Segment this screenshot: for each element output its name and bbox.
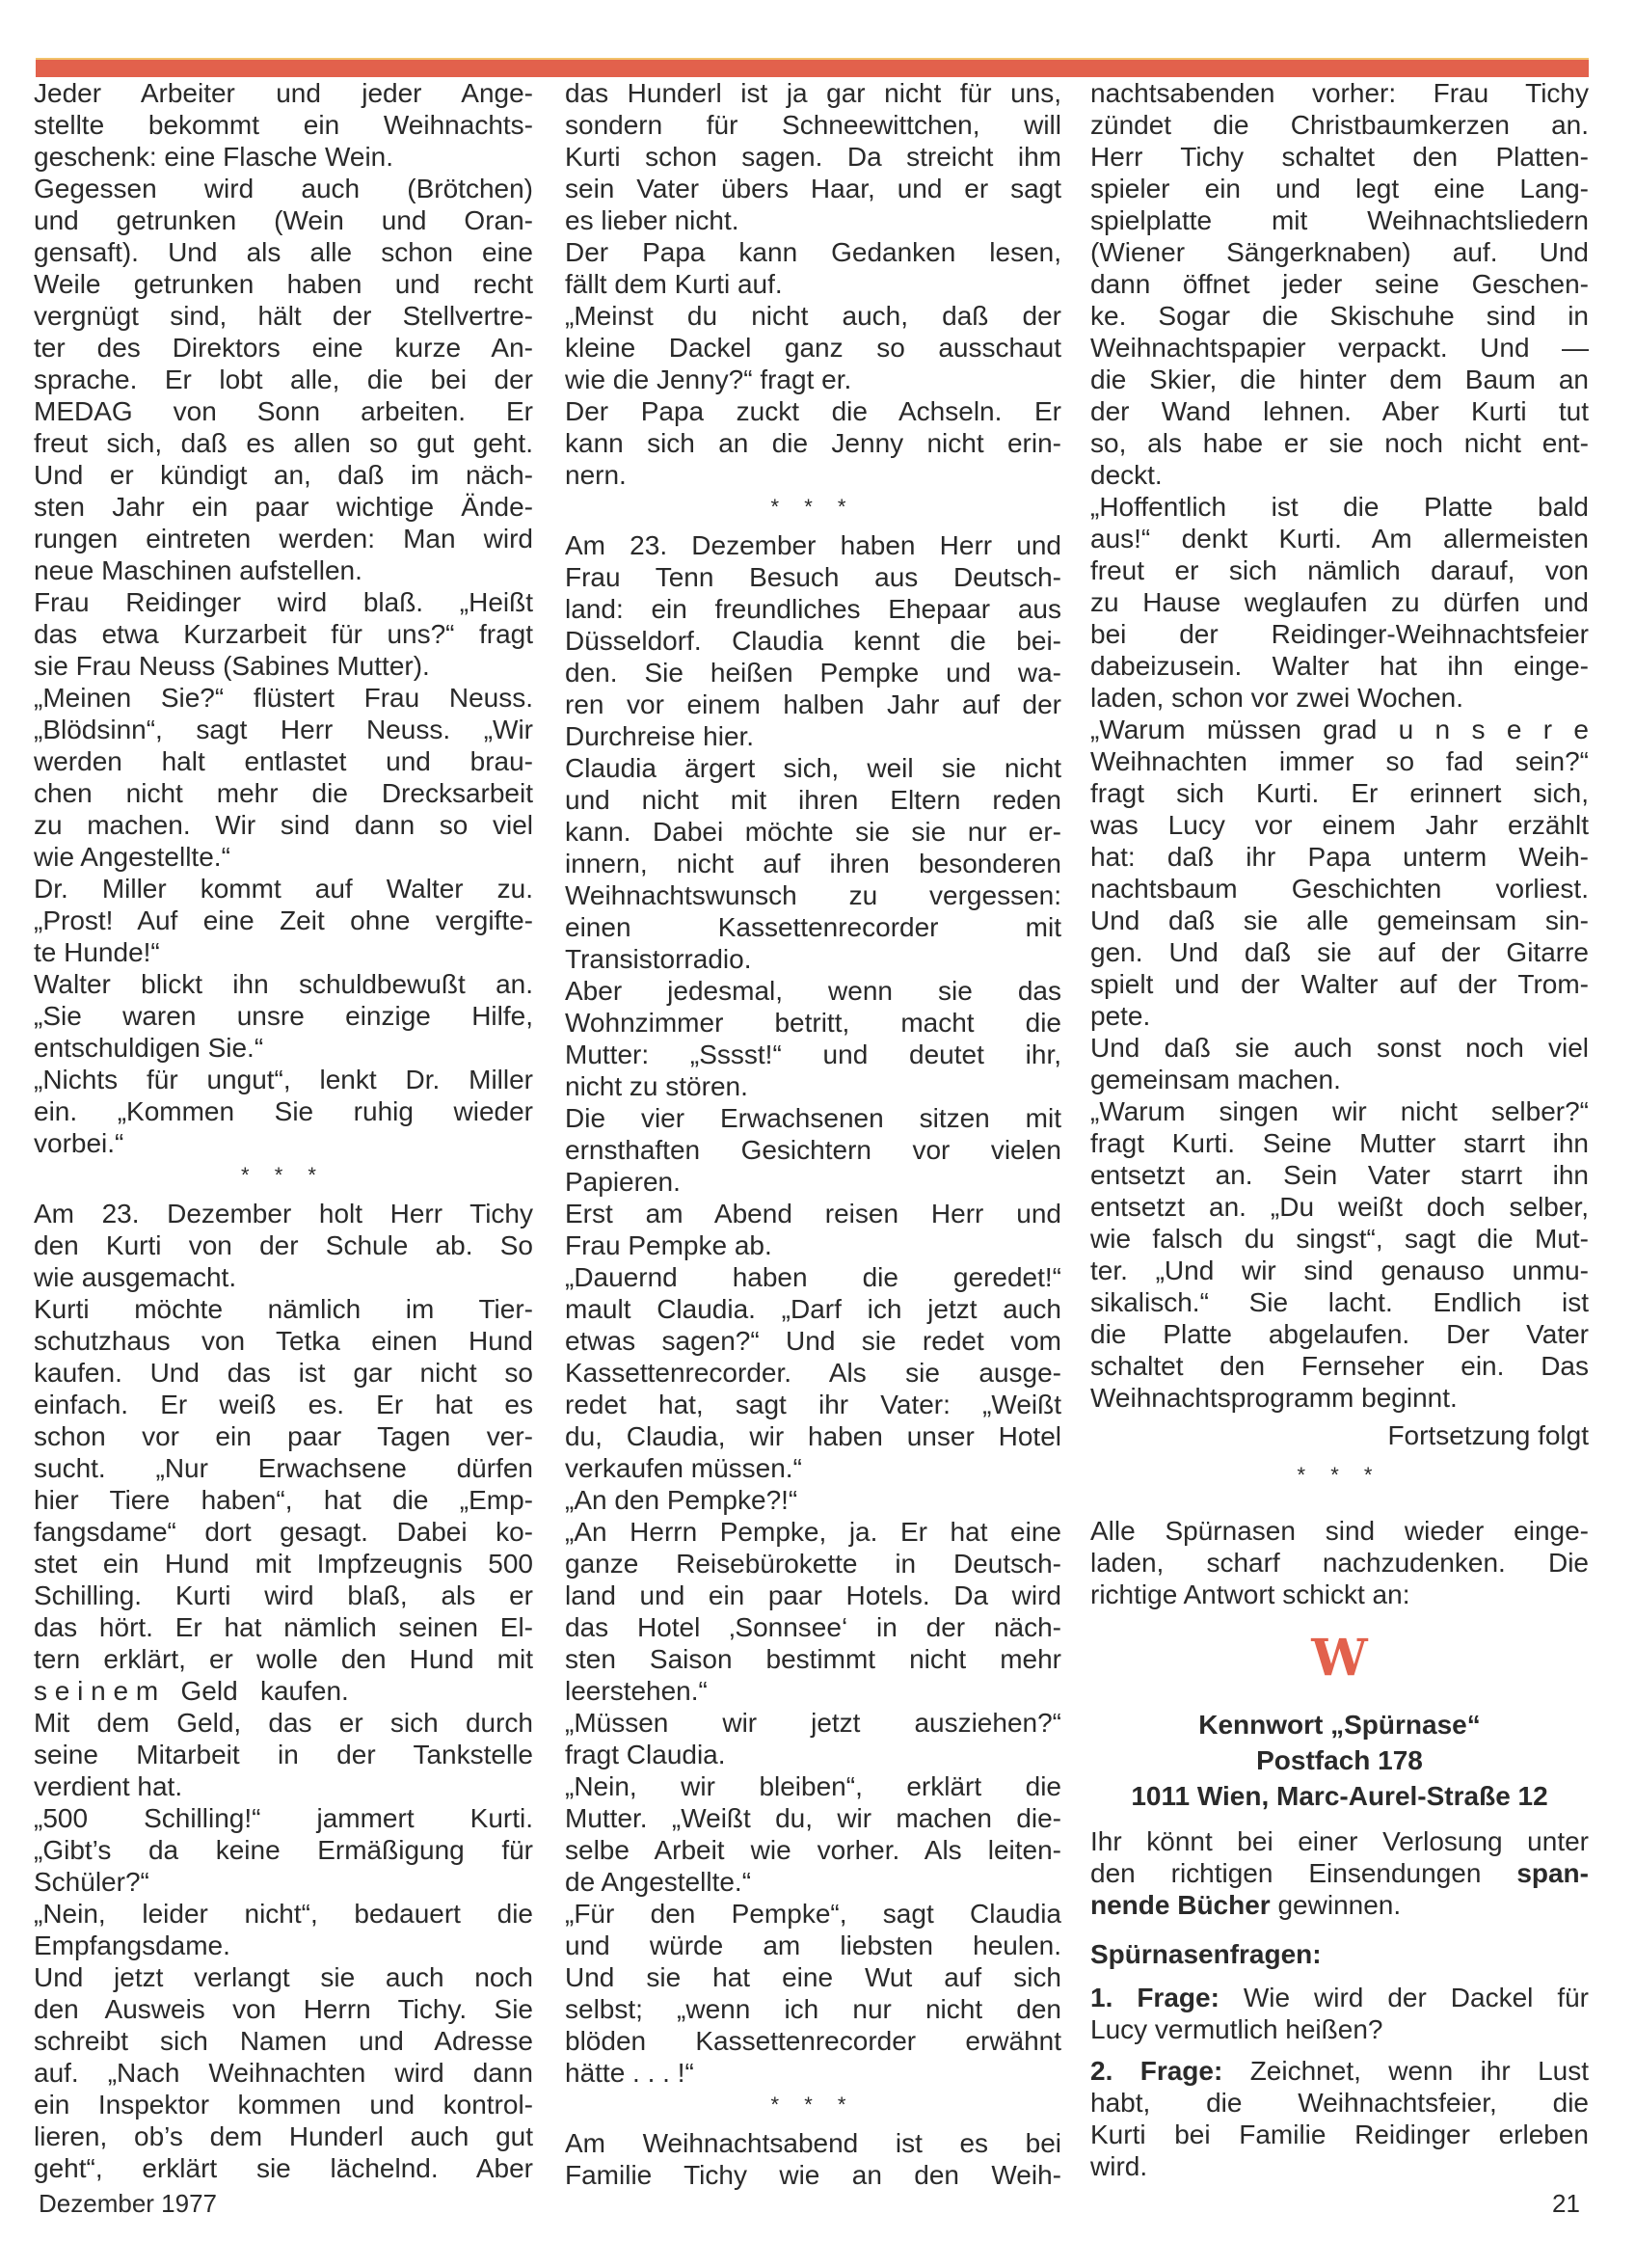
text-line: ren vor einem halben Jahr auf der — [565, 688, 1061, 720]
text-line: sucht. „Nur Erwachsene dürfen — [34, 1452, 533, 1484]
address-postbox: Postfach 178 — [1090, 1742, 1589, 1778]
text-line: hat: daß ihr Papa unterm Weih- — [1090, 841, 1589, 873]
text-line: Weihnachtsprogramm beginnt. — [1090, 1382, 1589, 1414]
text-line: Der Papa zuckt die Achseln. Er — [565, 395, 1061, 427]
text-line: spieler ein und legt eine Lang- — [1090, 173, 1589, 204]
text-line: Kurti schon sagen. Da streicht ihm — [565, 141, 1061, 173]
text-line: stet ein Hund mit Impfzeugnis 500 — [34, 1548, 533, 1579]
text-line: geht“, erklärt sie lächelnd. Aber — [34, 2152, 533, 2184]
text-line: spielt und der Walter auf der Trom- — [1090, 968, 1589, 1000]
text-line: neue Maschinen aufstellen. — [34, 554, 533, 586]
text-line: schaltet den Fernseher ein. Das — [1090, 1350, 1589, 1382]
text-line: s e i n e m Geld kaufen. — [34, 1675, 533, 1707]
text-line: verkaufen müssen.“ — [565, 1452, 1061, 1484]
text-line: mault Claudia. „Darf ich jetzt auch — [565, 1293, 1061, 1325]
text-line: Erst am Abend reisen Herr und — [565, 1198, 1061, 1229]
text-line: Familie Tichy wie an den Weih- — [565, 2159, 1061, 2191]
text-line: schon vor ein paar Tagen ver- — [34, 1420, 533, 1452]
text-line: nern. — [565, 459, 1061, 491]
text-line: das Hotel ‚Sonnsee‘ in der näch- — [565, 1611, 1061, 1643]
text-line: vergnügt sind, hält der Stellvertre- — [34, 300, 533, 332]
text-line: Weihnachten immer so fad sein?“ — [1090, 745, 1589, 777]
text-line: Schüler?“ — [34, 1866, 533, 1898]
text-line: einfach. Er weiß es. Er hat es — [34, 1389, 533, 1420]
text-line: nachtsabenden vorher: Frau Tichy — [1090, 77, 1589, 109]
question-text: Zeichnet, wenn ihr Lust — [1250, 2056, 1589, 2086]
text-line: „An Herrn Pempke, ja. Er hat eine — [565, 1516, 1061, 1548]
text-line: schreibt sich Namen und Adresse — [34, 2025, 533, 2057]
text-line: „Nichts für ungut“, lenkt Dr. Miller — [34, 1064, 533, 1095]
question-2-line: 2. Frage: Zeichnet, wenn ihr Lust — [1090, 2055, 1589, 2087]
text-line: deckt. — [1090, 459, 1589, 491]
text-line: de Angestellte.“ — [565, 1866, 1061, 1898]
text-line: seine Mitarbeit in der Tankstelle — [34, 1739, 533, 1770]
address-street: 1011 Wien, Marc-Aurel-Straße 12 — [1090, 1778, 1589, 1814]
text-line: so, als habe er sie noch nicht ent- — [1090, 427, 1589, 459]
text-line: Und jetzt verlangt sie auch noch — [34, 1961, 533, 1993]
contest-intro-line: laden, scharf nachzudenken. Die — [1090, 1547, 1589, 1579]
text-line: ter des Direktors eine kurze An- — [34, 332, 533, 364]
text-line: wie falsch du singst“, sagt die Mut- — [1090, 1223, 1589, 1255]
prize-line: nende Bücher gewinnen. — [1090, 1889, 1589, 1921]
text-line: wie Angestellte.“ — [34, 841, 533, 873]
text-line: zu Hause weglaufen zu dürfen und — [1090, 586, 1589, 618]
text-line: „Warum müssen grad u n s e r e — [1090, 714, 1589, 745]
text-line: sie Frau Neuss (Sabines Mutter). — [34, 650, 533, 682]
text-line: lieren, ob’s dem Hunderl auch gut — [34, 2120, 533, 2152]
text-line: Und er kündigt an, daß im näch- — [34, 459, 533, 491]
text-line: chen nicht mehr die Drecksarbeit — [34, 777, 533, 809]
text-line: Aber jedesmal, wenn sie das — [565, 975, 1061, 1007]
text-line: hier Tiere haben“, hat die „Emp- — [34, 1484, 533, 1516]
text-line: ein Inspektor kommen und kontrol- — [34, 2089, 533, 2120]
text-line: Schilling. Kurti wird blaß, als er — [34, 1579, 533, 1611]
text-line: Weile getrunken haben und recht — [34, 268, 533, 300]
text-line: Frau Pempke ab. — [565, 1229, 1061, 1261]
continued-note: Fortsetzung folgt — [1090, 1419, 1589, 1451]
question-2-line: wird. — [1090, 2150, 1589, 2182]
text-line: nachtsbaum Geschichten vorliest. — [1090, 873, 1589, 904]
text-line: freut sich, daß es allen so gut geht. — [34, 427, 533, 459]
text-line: zu machen. Wir sind dann so viel — [34, 809, 533, 841]
text-line: gemeinsam machen. — [1090, 1064, 1589, 1095]
text-line: was Lucy vor einem Jahr erzählt — [1090, 809, 1589, 841]
text-line: „Müssen wir jetzt ausziehen?“ — [565, 1707, 1061, 1739]
text-line: „Nein, leider nicht“, bedauert die — [34, 1898, 533, 1930]
text-line: ganze Reisebürokette in Deutsch- — [565, 1548, 1061, 1579]
question-2-line: habt, die Weihnachtsfeier, die — [1090, 2087, 1589, 2119]
page-number: 21 — [1552, 2189, 1580, 2218]
text-line: stellte bekommt ein Weihnachts- — [34, 109, 533, 141]
text-line: Die vier Erwachsenen sitzen mit — [565, 1102, 1061, 1134]
text-line: verdient hat. — [34, 1770, 533, 1802]
text-line: leerstehen.“ — [565, 1675, 1061, 1707]
spacer — [1090, 1498, 1589, 1515]
prize-line: Ihr könnt bei einer Verlosung unter — [1090, 1825, 1589, 1857]
prize-text-bold: nende Bücher — [1090, 1890, 1271, 1920]
text-line: sten Jahr ein paar wichtige Ände- — [34, 491, 533, 523]
text-line: wie die Jenny?“ fragt er. — [565, 364, 1061, 395]
question-1-line: 1. Frage: Wie wird der Dackel für — [1090, 1982, 1589, 2013]
text-line: Durchreise hier. — [565, 720, 1061, 752]
text-line: Frau Reidinger wird blaß. „Heißt — [34, 586, 533, 618]
text-line: fragt Kurti. Seine Mutter starrt ihn — [1090, 1127, 1589, 1159]
text-line: Mit dem Geld, das er sich durch — [34, 1707, 533, 1739]
text-line: Papieren. — [565, 1166, 1061, 1198]
text-line: etwas sagen?“ Und sie redet vom — [565, 1325, 1061, 1357]
text-line: Walter blickt ihn schuldbewußt an. — [34, 968, 533, 1000]
text-line: das etwa Kurzarbeit für uns?“ fragt — [34, 618, 533, 650]
prize-text-bold: span- — [1516, 1858, 1589, 1888]
text-line: freut er sich nämlich darauf, von — [1090, 554, 1589, 586]
text-line: wie ausgemacht. — [34, 1261, 533, 1293]
text-line: und getrunken (Wein und Oran- — [34, 204, 533, 236]
prize-text: den richtigen Einsendungen — [1090, 1858, 1481, 1888]
text-line: sprache. Er lobt alle, die bei der — [34, 364, 533, 395]
text-line: „An den Pempke?!“ — [565, 1484, 1061, 1516]
text-line: ernsthaften Gesichtern vor vielen — [565, 1134, 1061, 1166]
text-line: Gegessen wird auch (Brötchen) — [34, 173, 533, 204]
text-line: dabeizusein. Walter hat ihn einge- — [1090, 650, 1589, 682]
text-line: geschenk: eine Flasche Wein. — [34, 141, 533, 173]
question-1-line: Lucy vermutlich heißen? — [1090, 2013, 1589, 2045]
text-line: ke. Sogar die Skischuhe sind in — [1090, 300, 1589, 332]
text-line: Und daß sie auch sonst noch viel — [1090, 1032, 1589, 1064]
text-line: pete. — [1090, 1000, 1589, 1032]
text-line: Transistorradio. — [565, 943, 1061, 975]
question-2-line: Kurti bei Familie Reidinger erleben — [1090, 2119, 1589, 2150]
text-line: und würde am liebsten heulen. — [565, 1930, 1061, 1961]
text-line: Und daß sie alle gemeinsam sin- — [1090, 904, 1589, 936]
text-line: fragt sich Kurti. Er erinnert sich, — [1090, 777, 1589, 809]
text-line: Am 23. Dezember holt Herr Tichy — [34, 1198, 533, 1229]
text-line: kann. Dabei möchte sie sie nur er- — [565, 816, 1061, 848]
text-line: Mutter. „Weißt du, wir machen die- — [565, 1802, 1061, 1834]
text-line: Düsseldorf. Claudia kennt die bei- — [565, 625, 1061, 657]
text-line: sikalisch.“ Sie lacht. Endlich ist — [1090, 1286, 1589, 1318]
spacer — [1090, 1970, 1589, 1982]
text-line: „Dauernd haben die geredet!“ — [565, 1261, 1061, 1293]
text-line: Am 23. Dezember haben Herr und — [565, 529, 1061, 561]
text-line: werden halt entlastet und brau- — [34, 745, 533, 777]
text-line: „Für den Pempke“, sagt Claudia — [565, 1898, 1061, 1930]
spacer — [1090, 2045, 1589, 2055]
text-line: vorbei.“ — [34, 1127, 533, 1159]
text-line: gen. Und daß sie auf der Gitarre — [1090, 936, 1589, 968]
text-line: „Sie waren unsre einzige Hilfe, — [34, 1000, 533, 1032]
text-line: ter. „Und wir sind genauso unmu- — [1090, 1255, 1589, 1286]
text-line: ein. „Kommen Sie ruhig wieder — [34, 1095, 533, 1127]
section-divider-stars: * * * — [34, 1159, 533, 1198]
text-line: Am Weihnachtsabend ist es bei — [565, 2127, 1061, 2159]
text-line: gensaft). Und als alle schon eine — [34, 236, 533, 268]
article-column-1: Jeder Arbeiter und jeder Ange- stellte b… — [34, 77, 533, 2184]
text-line: schutzhaus von Tetka einen Hund — [34, 1325, 533, 1357]
prize-line: den richtigen Einsendungen span- — [1090, 1857, 1589, 1889]
text-line: Dr. Miller kommt auf Walter zu. — [34, 873, 533, 904]
text-line: den Ausweis von Herrn Tichy. Sie — [34, 1993, 533, 2025]
text-line: es lieber nicht. — [565, 204, 1061, 236]
text-line: auf. „Nach Weihnachten wird dann — [34, 2057, 533, 2089]
text-line: Jeder Arbeiter und jeder Ange- — [34, 77, 533, 109]
spacer — [1090, 1921, 1589, 1938]
text-line: hätte . . . !“ — [565, 2057, 1061, 2089]
text-line: entschuldigen Sie.“ — [34, 1032, 533, 1064]
text-line: nicht zu stören. — [565, 1070, 1061, 1102]
questions-heading: Spürnasenfragen: — [1090, 1938, 1589, 1970]
text-line: „Gibt’s da keine Ermäßigung für — [34, 1834, 533, 1866]
text-line: blöden Kassettenrecorder erwähnt — [565, 2025, 1061, 2057]
text-line: land: ein freundliches Ehepaar aus — [565, 593, 1061, 625]
text-line: einen Kassettenrecorder mit — [565, 911, 1061, 943]
header-color-bar — [36, 58, 1589, 77]
text-line: te Hunde!“ — [34, 936, 533, 968]
contest-intro-line: Alle Spürnasen sind wieder einge- — [1090, 1515, 1589, 1547]
text-line: der Wand lehnen. Aber Kurti tut — [1090, 395, 1589, 427]
text-line: spielplatte mit Weihnachtsliedern — [1090, 204, 1589, 236]
text-line: Kassettenrecorder. Als sie ausge- — [565, 1357, 1061, 1389]
question-text: Wie wird der Dackel für — [1244, 1983, 1589, 2012]
text-line: „Nein, wir bleiben“, erklärt die — [565, 1770, 1061, 1802]
text-line: „Meinen Sie?“ flüstert Frau Neuss. — [34, 682, 533, 714]
article-column-3: nachtsabenden vorher: Frau Tichy zündet … — [1090, 77, 1589, 2182]
text-line: tern erklärt, er wolle den Hund mit — [34, 1643, 533, 1675]
text-line: Wohnzimmer betritt, macht die — [565, 1007, 1061, 1039]
text-line: Mutter: „Sssst!“ und deutet ihr, — [565, 1039, 1061, 1070]
text-line: Der Papa kann Gedanken lesen, — [565, 236, 1061, 268]
issue-date: Dezember 1977 — [39, 2189, 217, 2218]
text-line: „Hoffentlich ist die Platte bald — [1090, 491, 1589, 523]
text-line: „500 Schilling!“ jammert Kurti. — [34, 1802, 533, 1834]
text-line: innern, nicht auf ihren besonderen — [565, 848, 1061, 879]
text-line: sein Vater übers Haar, und er sagt — [565, 173, 1061, 204]
text-line: fragt Claudia. — [565, 1739, 1061, 1770]
text-line: selbst; „wenn ich nur nicht den — [565, 1993, 1061, 2025]
text-line: entsetzt an. „Du weißt doch selber, — [1090, 1191, 1589, 1223]
text-line: Und sie hat eine Wut auf sich — [565, 1961, 1061, 1993]
text-line: Herr Tichy schaltet den Platten- — [1090, 141, 1589, 173]
question-label: 2. Frage: — [1090, 2056, 1222, 2086]
text-line: zündet die Christbaumkerzen an. — [1090, 109, 1589, 141]
question-label: 1. Frage: — [1090, 1983, 1220, 2012]
text-line: kleine Dackel ganz so ausschaut — [565, 332, 1061, 364]
text-line: die Platte abgelaufen. Der Vater — [1090, 1318, 1589, 1350]
address-keyword: Kennwort „Spürnase“ — [1090, 1707, 1589, 1742]
text-line: land und ein paar Hotels. Da wird — [565, 1579, 1061, 1611]
section-divider-stars: * * * — [565, 2089, 1061, 2127]
text-line: den. Sie heißen Pempke und wa- — [565, 657, 1061, 688]
text-line: Weihnachtswunsch zu vergessen: — [565, 879, 1061, 911]
text-line: und nicht mit ihren Eltern reden — [565, 784, 1061, 816]
contest-intro-line: richtige Antwort schickt an: — [1090, 1579, 1589, 1610]
text-line: du, Claudia, wir haben unser Hotel — [565, 1420, 1061, 1452]
section-divider-stars: * * * — [1090, 1459, 1589, 1498]
text-line: Weihnachtspapier verpackt. Und — — [1090, 332, 1589, 364]
text-line: dann öffnet jeder seine Geschen- — [1090, 268, 1589, 300]
text-line: fällt dem Kurti auf. — [565, 268, 1061, 300]
text-line: sondern für Schneewittchen, will — [565, 109, 1061, 141]
text-line: sten Saison bestimmt nicht mehr — [565, 1643, 1061, 1675]
text-line: den Kurti von der Schule ab. So — [34, 1229, 533, 1261]
text-line: MEDAG von Sonn arbeiten. Er — [34, 395, 533, 427]
article-column-2: das Hunderl ist ja gar nicht für uns, so… — [565, 77, 1061, 2191]
text-line: rungen eintreten werden: Man wird — [34, 523, 533, 554]
text-line: „Blödsinn“, sagt Herr Neuss. „Wir — [34, 714, 533, 745]
text-line: bei der Reidinger-Weihnachtsfeier — [1090, 618, 1589, 650]
prize-text: gewinnen. — [1277, 1890, 1401, 1920]
text-line: „Warum singen wir nicht selber?“ — [1090, 1095, 1589, 1127]
w-logo-letter: W — [1311, 1629, 1367, 1687]
text-line: das Hunderl ist ja gar nicht für uns, — [565, 77, 1061, 109]
text-line: „Prost! Auf eine Zeit ohne vergifte- — [34, 904, 533, 936]
text-line: die Skier, die hinter dem Baum an — [1090, 364, 1589, 395]
text-line: kaufen. Und das ist gar nicht so — [34, 1357, 533, 1389]
text-line: laden, schon vor zwei Wochen. — [1090, 682, 1589, 714]
text-line: selbe Arbeit wie vorher. Als leiten- — [565, 1834, 1061, 1866]
text-line: entsetzt an. Sein Vater starrt ihn — [1090, 1159, 1589, 1191]
text-line: Claudia ärgert sich, weil sie nicht — [565, 752, 1061, 784]
text-line: Empfangsdame. — [34, 1930, 533, 1961]
text-line: Kurti möchte nämlich im Tier- — [34, 1293, 533, 1325]
text-line: redet hat, sagt ihr Vater: „Weißt — [565, 1389, 1061, 1420]
text-line: aus!“ denkt Kurti. Am allermeisten — [1090, 523, 1589, 554]
text-line: „Meinst du nicht auch, daß der — [565, 300, 1061, 332]
text-line: fangsdame“ dort gesagt. Dabei ko- — [34, 1516, 533, 1548]
text-line: Frau Tenn Besuch aus Deutsch- — [565, 561, 1061, 593]
text-line: das hört. Er hat nämlich seinen El- — [34, 1611, 533, 1643]
spacer — [1090, 1814, 1589, 1825]
text-line: kann sich an die Jenny nicht erin- — [565, 427, 1061, 459]
section-divider-stars: * * * — [565, 491, 1061, 529]
magazine-w-logo: W — [1090, 1620, 1589, 1697]
text-line: (Wiener Sängerknaben) auf. Und — [1090, 236, 1589, 268]
